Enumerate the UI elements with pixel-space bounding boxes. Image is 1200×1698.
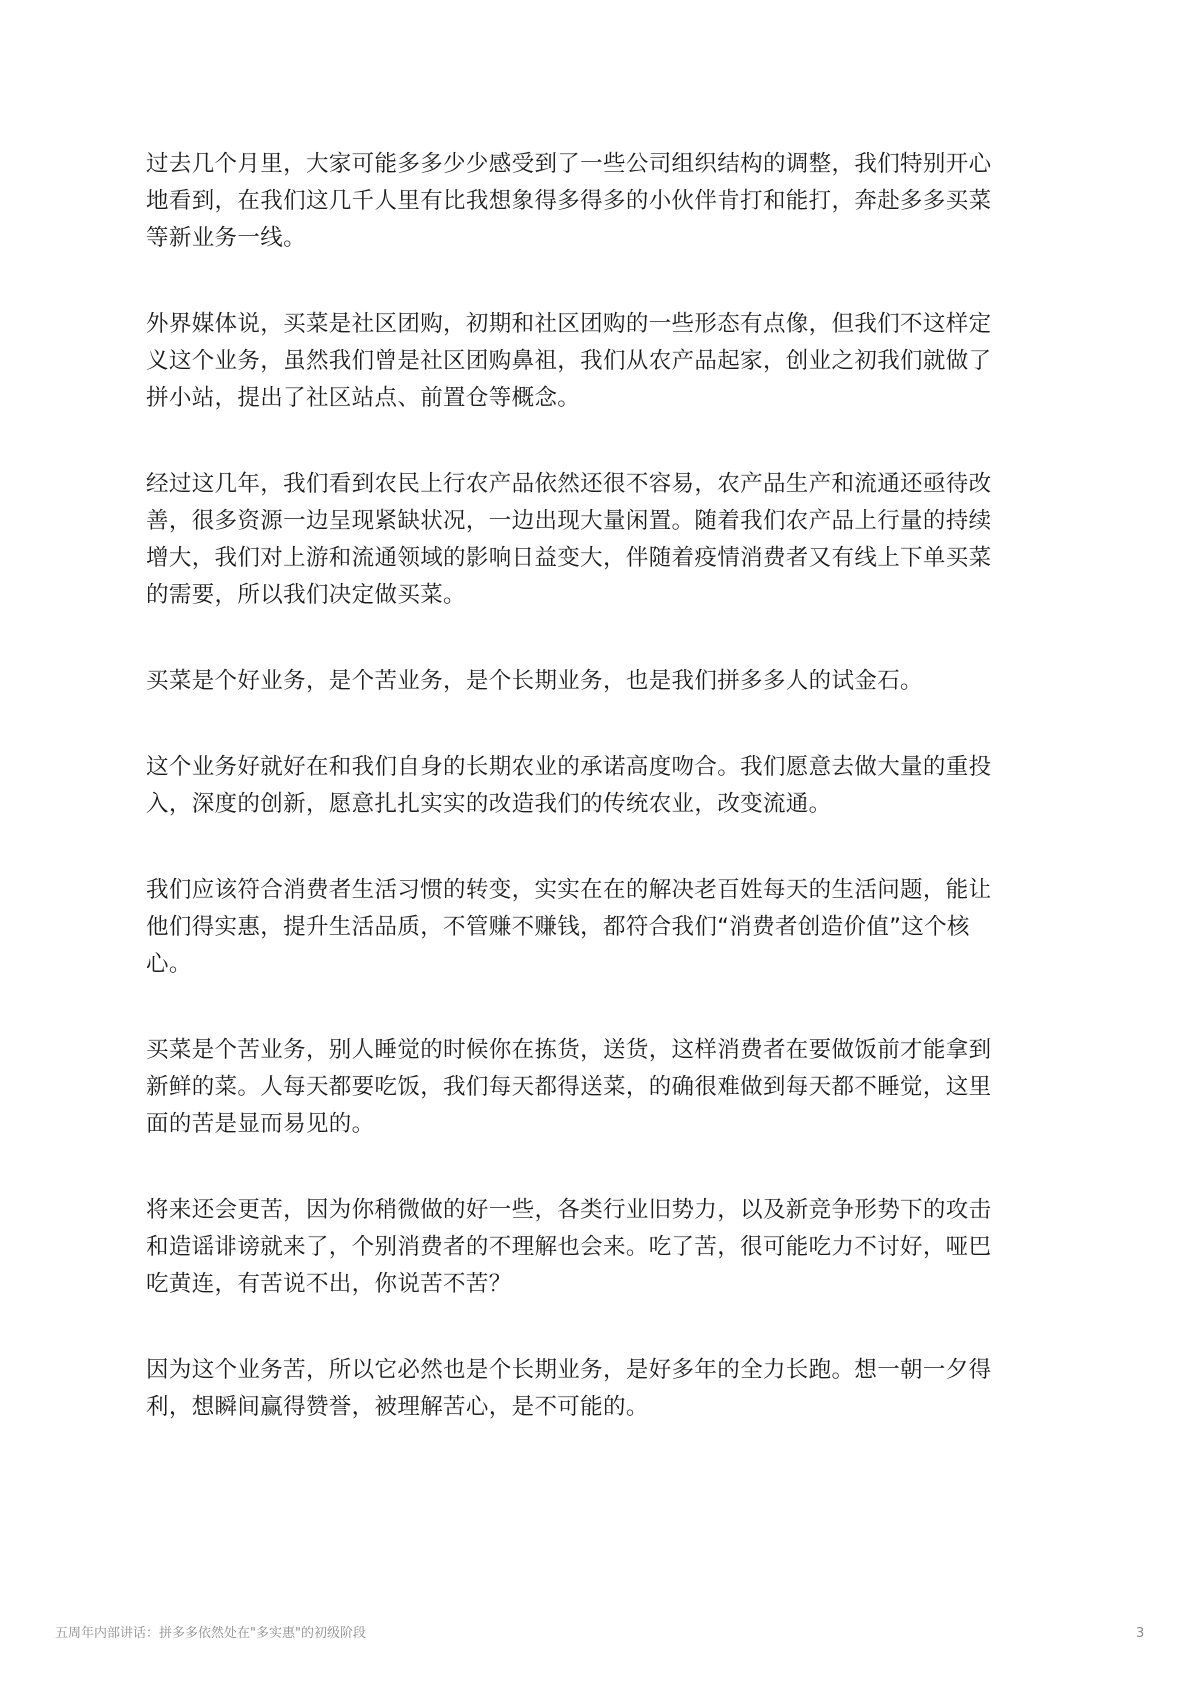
text-line: 善，很多资源一边呈现紧缺状况，一边出现大量闲置。随着我们农产品上行量的持续: [146, 503, 1046, 540]
text-line: 的需要，所以我们决定做买菜。: [146, 577, 1046, 614]
text-line: 买菜是个苦业务，别人睡觉的时候你在拣货，送货，这样消费者在要做饭前才能拿到: [146, 1032, 1046, 1069]
text-line: 过去几个月里，大家可能多多少少感受到了一些公司组织结构的调整，我们特别开心: [146, 146, 1046, 183]
text-line: 面的苦是显而易见的。: [146, 1106, 1046, 1143]
document-page: 过去几个月里，大家可能多多少少感受到了一些公司组织结构的调整，我们特别开心 地看…: [0, 0, 1200, 1698]
paragraph-5: 这个业务好就好在和我们自身的长期农业的承诺高度吻合。我们愿意去做大量的重投 入，…: [146, 749, 1046, 823]
text-line: 新鲜的菜。人每天都要吃饭，我们每天都得送菜，的确很难做到每天都不睡觉，这里: [146, 1069, 1046, 1106]
text-line: 地看到，在我们这几千人里有比我想象得多得多的小伙伴肯打和能打，奔赴多多买菜: [146, 183, 1046, 220]
text-line: 心。: [146, 946, 1046, 983]
text-line: 拼小站，提出了社区站点、前置仓等概念。: [146, 380, 1046, 417]
document-body: 过去几个月里，大家可能多多少少感受到了一些公司组织结构的调整，我们特别开心 地看…: [146, 146, 1046, 1475]
text-line: 他们得实惠，提升生活品质，不管赚不赚钱，都符合我们“消费者创造价值”这个核: [146, 909, 1046, 946]
text-line: 入，深度的创新，愿意扎扎实实的改造我们的传统农业，改变流通。: [146, 786, 1046, 823]
text-line: 外界媒体说，买菜是社区团购，初期和社区团购的一些形态有点像，但我们不这样定: [146, 306, 1046, 343]
text-line: 等新业务一线。: [146, 220, 1046, 257]
paragraph-6: 我们应该符合消费者生活习惯的转变，实实在在的解决老百姓每天的生活问题，能让 他们…: [146, 872, 1046, 983]
footer-document-title: 五周年内部讲话：拼多多依然处在"多实惠"的初级阶段: [55, 1624, 366, 1644]
text-line: 将来还会更苦，因为你稍微做的好一些，各类行业旧势力，以及新竞争形势下的攻击: [146, 1192, 1046, 1229]
text-line: 经过这几年，我们看到农民上行农产品依然还很不容易，农产品生产和流通还亟待改: [146, 466, 1046, 503]
paragraph-8: 将来还会更苦，因为你稍微做的好一些，各类行业旧势力，以及新竞争形势下的攻击 和造…: [146, 1192, 1046, 1303]
paragraph-1: 过去几个月里，大家可能多多少少感受到了一些公司组织结构的调整，我们特别开心 地看…: [146, 146, 1046, 257]
page-number: 3: [1136, 1624, 1144, 1644]
paragraph-2: 外界媒体说，买菜是社区团购，初期和社区团购的一些形态有点像，但我们不这样定 义这…: [146, 306, 1046, 417]
paragraph-7: 买菜是个苦业务，别人睡觉的时候你在拣货，送货，这样消费者在要做饭前才能拿到 新鲜…: [146, 1032, 1046, 1143]
text-line: 吃黄连，有苦说不出，你说苦不苦？: [146, 1266, 1046, 1303]
paragraph-4: 买菜是个好业务，是个苦业务，是个长期业务，也是我们拼多多人的试金石。: [146, 663, 1046, 700]
text-line: 增大，我们对上游和流通领域的影响日益变大，伴随着疫情消费者又有线上下单买菜: [146, 540, 1046, 577]
text-line: 我们应该符合消费者生活习惯的转变，实实在在的解决老百姓每天的生活问题，能让: [146, 872, 1046, 909]
paragraph-9: 因为这个业务苦，所以它必然也是个长期业务，是好多年的全力长跑。想一朝一夕得 利，…: [146, 1352, 1046, 1426]
text-line: 这个业务好就好在和我们自身的长期农业的承诺高度吻合。我们愿意去做大量的重投: [146, 749, 1046, 786]
text-line: 买菜是个好业务，是个苦业务，是个长期业务，也是我们拼多多人的试金石。: [146, 663, 1046, 700]
paragraph-3: 经过这几年，我们看到农民上行农产品依然还很不容易，农产品生产和流通还亟待改 善，…: [146, 466, 1046, 614]
text-line: 利，想瞬间赢得赞誉，被理解苦心，是不可能的。: [146, 1389, 1046, 1426]
text-line: 义这个业务，虽然我们曾是社区团购鼻祖，我们从农产品起家，创业之初我们就做了: [146, 343, 1046, 380]
text-line: 因为这个业务苦，所以它必然也是个长期业务，是好多年的全力长跑。想一朝一夕得: [146, 1352, 1046, 1389]
text-line: 和造谣诽谤就来了，个别消费者的不理解也会来。吃了苦，很可能吃力不讨好，哑巴: [146, 1229, 1046, 1266]
